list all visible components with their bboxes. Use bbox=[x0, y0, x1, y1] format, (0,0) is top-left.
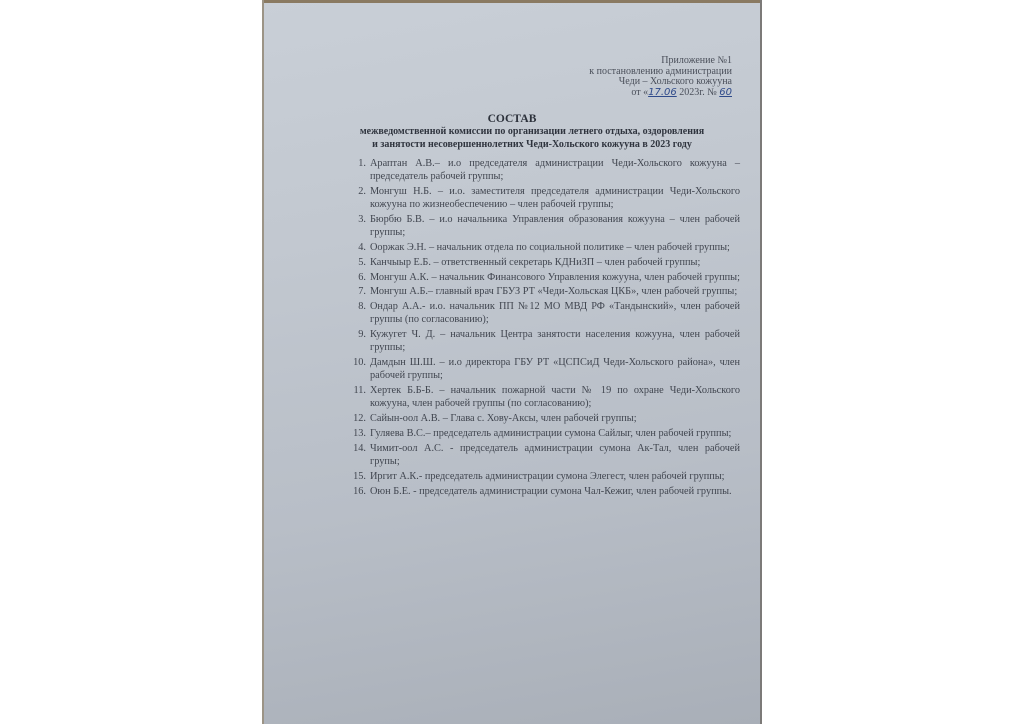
member-number: 3. bbox=[346, 213, 366, 226]
handwritten-number: 60 bbox=[719, 87, 732, 98]
member-text: Монгуш А.К. – начальник Финансового Упра… bbox=[370, 272, 740, 283]
member-number: 7. bbox=[346, 285, 366, 298]
member-number: 16. bbox=[346, 485, 366, 498]
members-list: 1.Араптан А.В.– и.о председателя админис… bbox=[346, 157, 740, 499]
member-item: 2.Монгуш Н.Б. – и.о. заместителя председ… bbox=[346, 185, 740, 211]
date-prefix: от « bbox=[631, 87, 648, 98]
member-item: 5.Канчыыр Е.Б. – ответственный секретарь… bbox=[346, 256, 740, 269]
member-item: 15.Иргит А.К.- председатель администраци… bbox=[346, 470, 740, 483]
member-text: Монгуш А.Б.– главный врач ГБУЗ РТ «Чеди-… bbox=[370, 286, 737, 297]
member-text: Чимит-оол А.С. - председатель администра… bbox=[370, 443, 740, 467]
member-item: 3.Бюрбю Б.В. – и.о начальника Управления… bbox=[346, 213, 740, 239]
member-number: 2. bbox=[346, 185, 366, 198]
member-item: 16.Оюн Б.Е. - председатель администрации… bbox=[346, 485, 740, 498]
member-number: 10. bbox=[346, 356, 366, 369]
member-number: 6. bbox=[346, 271, 366, 284]
member-text: Араптан А.В.– и.о председателя администр… bbox=[370, 158, 740, 182]
member-text: Монгуш Н.Б. – и.о. заместителя председат… bbox=[370, 186, 740, 210]
document-title: СОСТАВ bbox=[262, 113, 762, 125]
member-number: 9. bbox=[346, 328, 366, 341]
member-text: Ондар А.А.- и.о. начальник ПП №12 МО МВД… bbox=[370, 301, 740, 325]
member-number: 15. bbox=[346, 470, 366, 483]
member-item: 13.Гуляева В.С.– председатель администра… bbox=[346, 427, 740, 440]
member-item: 4.Ооржак Э.Н. – начальник отдела по соци… bbox=[346, 241, 740, 254]
appendix-line-1: Приложение №1 bbox=[589, 56, 732, 67]
member-number: 8. bbox=[346, 300, 366, 313]
member-text: Иргит А.К.- председатель администрации с… bbox=[370, 471, 725, 482]
member-number: 5. bbox=[346, 256, 366, 269]
member-number: 12. bbox=[346, 412, 366, 425]
member-item: 8.Ондар А.А.- и.о. начальник ПП №12 МО М… bbox=[346, 300, 740, 326]
member-text: Хертек Б.Б-Б. – начальник пожарной части… bbox=[370, 385, 740, 409]
member-text: Сайын-оол А.В. – Глава с. Хову-Аксы, чле… bbox=[370, 413, 637, 424]
member-item: 10.Дамдын Ш.Ш. – и.о директора ГБУ РТ «Ц… bbox=[346, 356, 740, 382]
member-item: 1.Араптан А.В.– и.о председателя админис… bbox=[346, 157, 740, 183]
member-number: 14. bbox=[346, 442, 366, 455]
member-number: 1. bbox=[346, 157, 366, 170]
subtitle-line-1: межведомственной комиссии по организации… bbox=[322, 126, 742, 139]
appendix-header: Приложение №1 к постановлению администра… bbox=[589, 56, 732, 98]
member-text: Канчыыр Е.Б. – ответственный секретарь К… bbox=[370, 257, 700, 268]
member-item: 12.Сайын-оол А.В. – Глава с. Хову-Аксы, … bbox=[346, 412, 740, 425]
member-number: 13. bbox=[346, 427, 366, 440]
member-item: 11.Хертек Б.Б-Б. – начальник пожарной ча… bbox=[346, 384, 740, 410]
member-item: 14.Чимит-оол А.С. - председатель админис… bbox=[346, 442, 740, 468]
member-text: Гуляева В.С.– председатель администрации… bbox=[370, 428, 731, 439]
member-item: 6.Монгуш А.К. – начальник Финансового Уп… bbox=[346, 271, 740, 284]
member-text: Бюрбю Б.В. – и.о начальника Управления о… bbox=[370, 214, 740, 238]
subtitle-line-2: и занятости несовершеннолетних Чеди-Холь… bbox=[322, 139, 742, 152]
member-item: 7.Монгуш А.Б.– главный врач ГБУЗ РТ «Чед… bbox=[346, 285, 740, 298]
member-text: Дамдын Ш.Ш. – и.о директора ГБУ РТ «ЦСПС… bbox=[370, 357, 740, 381]
document-page: Приложение №1 к постановлению администра… bbox=[262, 0, 762, 724]
member-text: Ооржак Э.Н. – начальник отдела по социал… bbox=[370, 242, 730, 253]
document-photo: Приложение №1 к постановлению администра… bbox=[262, 0, 762, 724]
appendix-date-line: от «17.06 2023г. № 60 bbox=[589, 88, 732, 99]
member-text: Кужугет Ч. Д. – начальник Центра занятос… bbox=[370, 329, 740, 353]
member-text: Оюн Б.Е. - председатель администрации су… bbox=[370, 486, 732, 497]
member-item: 9.Кужугет Ч. Д. – начальник Центра занят… bbox=[346, 328, 740, 354]
date-suffix: 2023г. № bbox=[677, 87, 720, 98]
handwritten-date: 17.06 bbox=[648, 87, 677, 98]
member-number: 4. bbox=[346, 241, 366, 254]
member-number: 11. bbox=[346, 384, 366, 397]
document-subtitle: межведомственной комиссии по организации… bbox=[322, 126, 742, 151]
